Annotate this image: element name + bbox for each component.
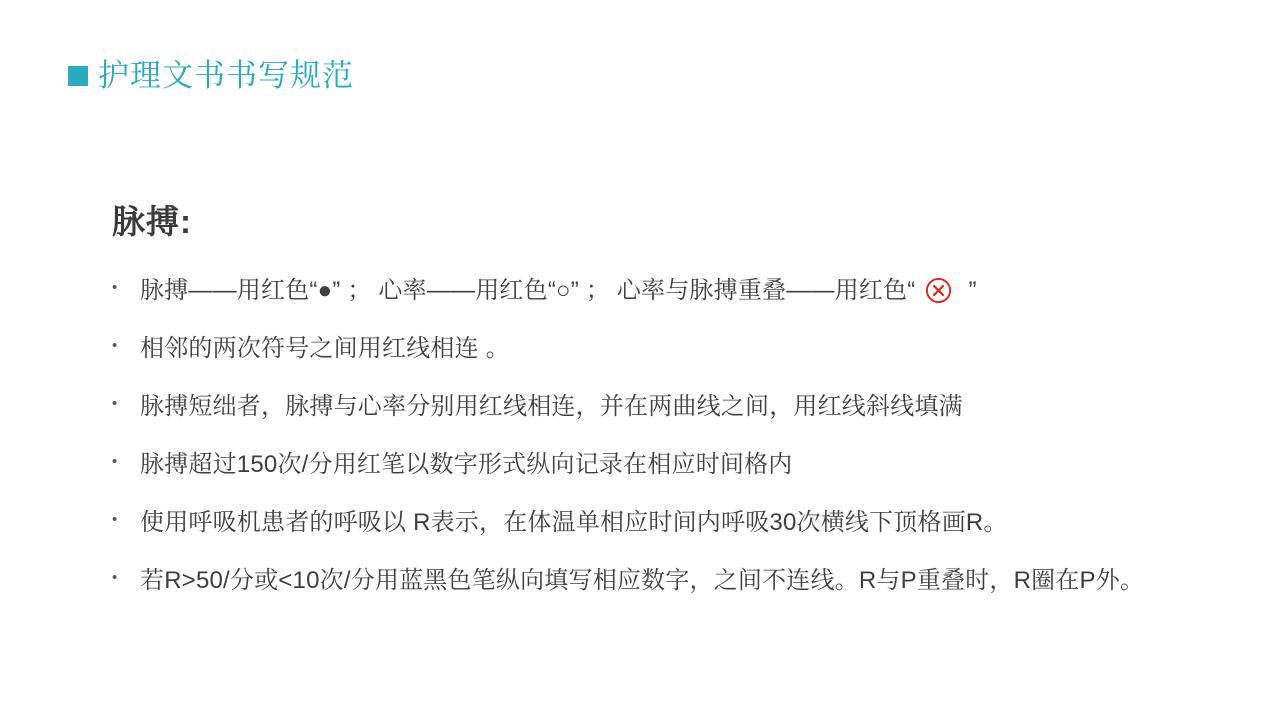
bullet-marker: • [112,512,140,527]
bullet-text: 若R>50/分或<10次/分用蓝黑色笔纵向填写相应数字，之间不连线。R与P重叠时… [140,560,1144,595]
circled-x-icon [925,277,952,304]
bullet-text-pre: 脉搏——用红色“●” ； 心率——用红色“○” ； 心率与脉搏重叠——用红色“ [140,277,915,304]
bullet-marker: • [112,280,140,295]
bullet-text: 脉搏短绌者，脉搏与心率分别用红线相连，并在两曲线之间，用红线斜线填满 [140,386,963,421]
list-item: • 使用呼吸机患者的呼吸以 R表示，在体温单相应时间内呼吸30次横线下顶格画R。 [112,490,1212,548]
bullet-list: • 脉搏——用红色“●” ； 心率——用红色“○” ； 心率与脉搏重叠——用红色… [112,258,1212,606]
bullet-text: 相邻的两次符号之间用红线相连 。 [140,328,510,363]
bullet-text: 使用呼吸机患者的呼吸以 R表示，在体温单相应时间内呼吸30次横线下顶格画R。 [140,502,1008,537]
list-item: • 脉搏超过150次/分用红笔以数字形式纵向记录在相应时间格内 [112,432,1212,490]
square-bullet-icon [68,66,88,86]
bullet-marker: • [112,338,140,353]
bullet-text: 脉搏——用红色“●” ； 心率——用红色“○” ； 心率与脉搏重叠——用红色“” [140,270,977,305]
list-item: • 脉搏——用红色“●” ； 心率——用红色“○” ； 心率与脉搏重叠——用红色… [112,258,1212,316]
list-item: • 脉搏短绌者，脉搏与心率分别用红线相连，并在两曲线之间，用红线斜线填满 [112,374,1212,432]
section-heading: 脉搏: [112,196,192,243]
page-title: 护理文书书写规范 [98,58,354,94]
bullet-marker: • [112,454,140,469]
slide-header: 护理文书书写规范 [68,58,354,94]
bullet-marker: • [112,396,140,411]
bullet-text-post: ” [968,277,976,304]
list-item: • 相邻的两次符号之间用红线相连 。 [112,316,1212,374]
list-item: • 若R>50/分或<10次/分用蓝黑色笔纵向填写相应数字，之间不连线。R与P重… [112,548,1212,606]
bullet-text: 脉搏超过150次/分用红笔以数字形式纵向记录在相应时间格内 [140,444,793,479]
bullet-marker: • [112,570,140,585]
